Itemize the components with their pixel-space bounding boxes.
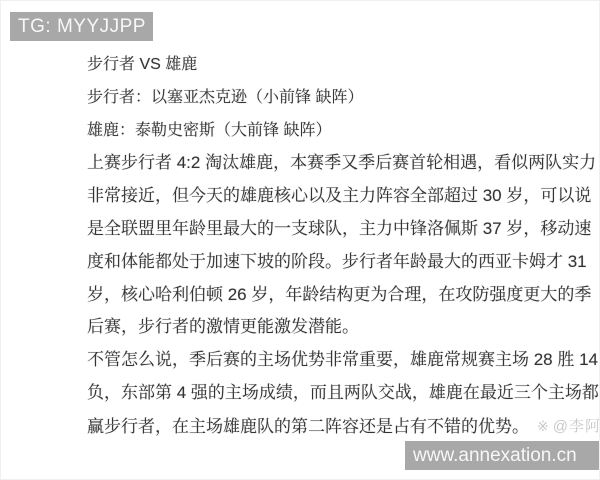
paragraph-line: 不管怎么说，季后赛的主场优势非常重要，雄鹿常规赛主场 28 胜 14 [87, 344, 553, 377]
analysis-paragraph-2: 不管怎么说，季后赛的主场优势非常重要，雄鹿常规赛主场 28 胜 14 负，东部第… [87, 344, 553, 442]
paragraph-line: 上赛步行者 4:2 淘汰雄鹿，本赛季又季后赛首轮相遇，看似两队实力 [87, 147, 553, 180]
paragraph-line: 负，东部第 4 强的主场成绩，而且两队交战，雄鹿在最近三个主场都 [87, 377, 553, 410]
matchup-title: 步行者 VS 雄鹿 [87, 49, 553, 82]
article-body: 步行者 VS 雄鹿 步行者：以塞亚杰克逊（小前锋 缺阵） 雄鹿：泰勒史密斯（大前… [87, 49, 553, 443]
bucks-injury-line: 雄鹿：泰勒史密斯（大前锋 缺阵） [87, 115, 553, 148]
paragraph-line: 是全联盟里年龄里最大的一支球队，主力中锋洛佩斯 37 岁，移动速 [87, 213, 553, 246]
author-watermark-text: @李阿萨 [553, 418, 600, 435]
paragraph-line: 度和体能都处于加速下坡的阶段。步行者年龄最大的西亚卡姆才 31 [87, 246, 553, 279]
author-watermark: ※@李阿萨 [537, 410, 600, 444]
paragraph-line: 后赛，步行者的激情更能激发潜能。 [87, 311, 553, 344]
paragraph-line: 赢步行者，在主场雄鹿队的第二阵容还是占有不错的优势。※@李阿萨 [87, 410, 553, 443]
paragraph-line-text: 赢步行者，在主场雄鹿队的第二阵容还是占有不错的优势。 [87, 417, 529, 436]
site-watermark-banner: www.annexation.cn [405, 441, 600, 470]
logo-icon: ※ [537, 410, 550, 443]
analysis-paragraph-1: 上赛步行者 4:2 淘汰雄鹿，本赛季又季后赛首轮相遇，看似两队实力 非常接近，但… [87, 147, 553, 344]
paragraph-line: 非常接近，但今天的雄鹿核心以及主力阵容全部超过 30 岁，可以说 [87, 180, 553, 213]
tg-watermark-banner: TG: MYYJJPP [10, 12, 153, 41]
paragraph-line: 岁，核心哈利伯顿 26 岁，年龄结构更为合理，在攻防强度更大的季 [87, 279, 553, 312]
pacers-injury-line: 步行者：以塞亚杰克逊（小前锋 缺阵） [87, 82, 553, 115]
document-page: TG: MYYJJPP 步行者 VS 雄鹿 步行者：以塞亚杰克逊（小前锋 缺阵）… [0, 0, 600, 480]
